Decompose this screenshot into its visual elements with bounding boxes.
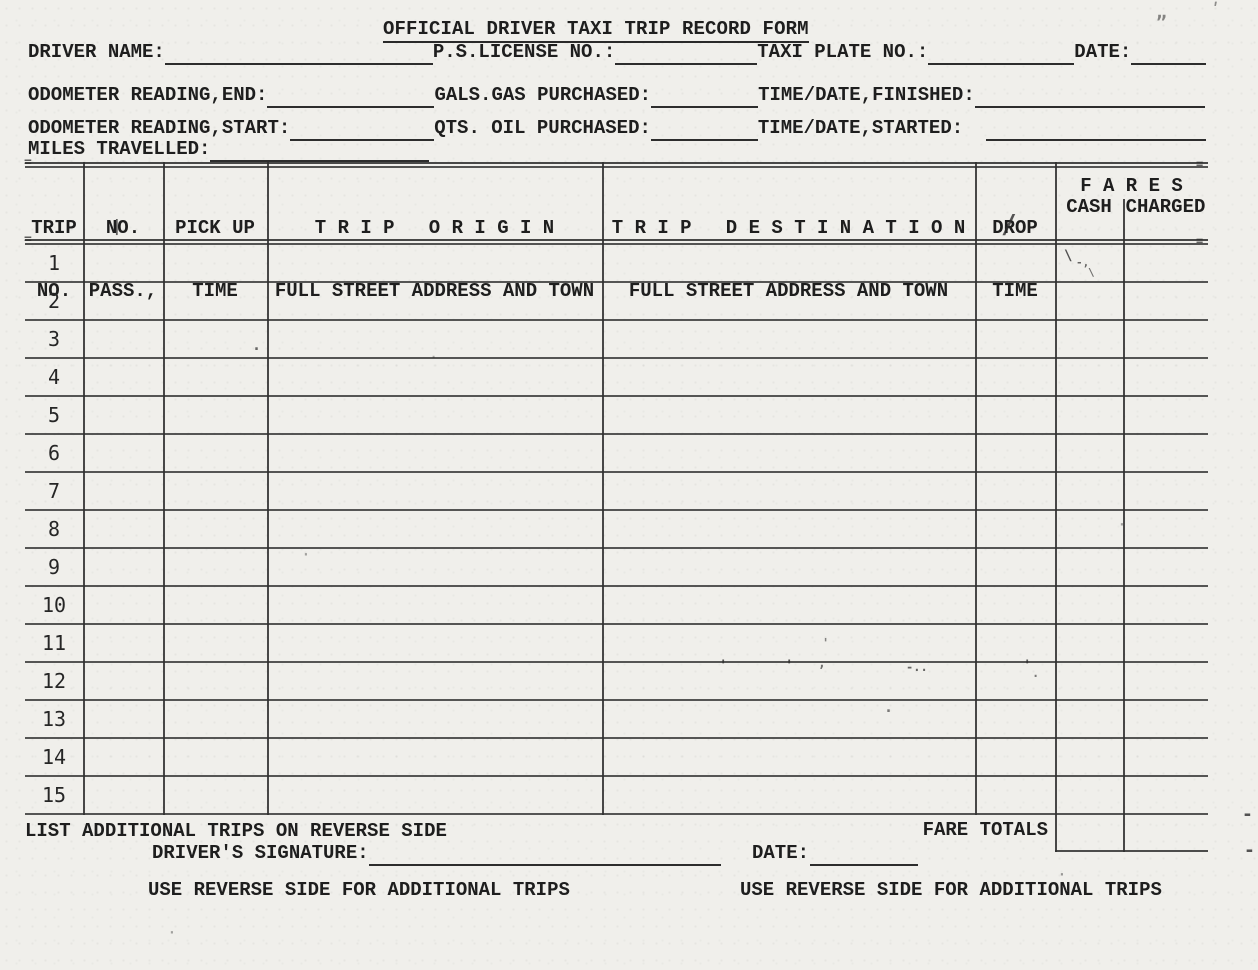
form-title: OFFICIAL DRIVER TAXI TRIP RECORD FORM [383, 19, 809, 43]
trip-row: 8 [25, 511, 1208, 549]
empty-cell [975, 511, 1055, 547]
empty-cell [1123, 359, 1208, 395]
empty-cell [163, 321, 267, 357]
empty-cell [1123, 283, 1208, 319]
empty-cell [267, 435, 602, 471]
empty-cell [602, 359, 975, 395]
time-finished-label: TIME/DATE,FINISHED: [758, 84, 975, 106]
empty-cell [163, 701, 267, 737]
form-header-line-4: MILES TRAVELLED: [28, 138, 429, 160]
empty-cell [1123, 777, 1208, 813]
trip-number-cell: 15 [25, 777, 83, 813]
form-header-line-3: ODOMETER READING,START:QTS. OIL PURCHASE… [28, 117, 1206, 139]
empty-cell [1055, 245, 1123, 281]
odometer-end-blank [267, 87, 434, 108]
divider-pickup-origin [267, 162, 269, 815]
trip-table-body: 123456789101112131415 [25, 245, 1208, 815]
divider-origin-destination [602, 162, 604, 815]
empty-cell [83, 549, 163, 585]
empty-cell [602, 511, 975, 547]
empty-cell [1055, 511, 1123, 547]
empty-cell [267, 549, 602, 585]
empty-cell [1123, 511, 1208, 547]
form-header-line-2: ODOMETER READING,END:GALS.GAS PURCHASED:… [28, 84, 1205, 106]
empty-cell [83, 701, 163, 737]
trip-row: 14 [25, 739, 1208, 777]
empty-cell [602, 739, 975, 775]
empty-cell [1055, 549, 1123, 585]
empty-cell [1123, 245, 1208, 281]
empty-cell [1055, 359, 1123, 395]
fare-total-cash-cell [1055, 815, 1123, 852]
signature-label: DRIVER'S SIGNATURE: [152, 842, 369, 864]
empty-cell [1123, 587, 1208, 623]
empty-cell [975, 283, 1055, 319]
empty-cell [267, 625, 602, 661]
table-header-row: TRIP NO. NO. PASS., PICK UP TIME T R I P… [25, 168, 1208, 239]
form-header-line-1: DRIVER NAME:P.S.LICENSE NO.:TAXI PLATE N… [28, 41, 1206, 63]
empty-cell [267, 701, 602, 737]
empty-cell [602, 283, 975, 319]
trip-table: TRIP NO. NO. PASS., PICK UP TIME T R I P… [25, 162, 1208, 852]
gals-gas-blank [651, 87, 758, 108]
empty-cell [975, 663, 1055, 699]
empty-cell [83, 511, 163, 547]
driver-name-label: DRIVER NAME: [28, 41, 165, 63]
trip-number-cell: 11 [25, 625, 83, 661]
empty-cell [1055, 587, 1123, 623]
divider-pass-pickup [163, 162, 165, 815]
ps-license-blank [615, 44, 757, 65]
empty-cell [83, 663, 163, 699]
driver-name-blank [165, 44, 433, 65]
empty-cell [163, 283, 267, 319]
divider-drop-cash [1055, 162, 1057, 852]
trip-number-cell: 7 [25, 473, 83, 509]
trip-row: 2 [25, 283, 1208, 321]
trip-row: 13 [25, 701, 1208, 739]
empty-cell [267, 739, 602, 775]
empty-cell [267, 397, 602, 433]
table-header-bottom-rule [25, 239, 1208, 245]
empty-cell [1123, 739, 1208, 775]
empty-cell [975, 245, 1055, 281]
empty-cell [975, 435, 1055, 471]
trip-number-cell: 8 [25, 511, 83, 547]
empty-cell [267, 359, 602, 395]
qts-oil-label: QTS. OIL PURCHASED: [434, 117, 651, 139]
empty-cell [163, 549, 267, 585]
scan-mark: ʹ [1210, 0, 1221, 21]
empty-cell [83, 321, 163, 357]
empty-cell [83, 625, 163, 661]
trip-row: 4 [25, 359, 1208, 397]
taxi-plate-label: TAXI PLATE NO.: [757, 41, 928, 63]
empty-cell [1055, 625, 1123, 661]
trip-number-cell: 6 [25, 435, 83, 471]
trip-row: 6 [25, 435, 1208, 473]
empty-cell [163, 777, 267, 813]
scan-mark: - [1242, 804, 1253, 825]
empty-cell [1123, 435, 1208, 471]
empty-cell [83, 739, 163, 775]
empty-cell [1055, 777, 1123, 813]
empty-cell [163, 359, 267, 395]
trip-row: 9 [25, 549, 1208, 587]
empty-cell [602, 397, 975, 433]
empty-cell [602, 321, 975, 357]
ps-license-label: P.S.LICENSE NO.: [433, 41, 615, 63]
trip-row: 5 [25, 397, 1208, 435]
empty-cell [1123, 473, 1208, 509]
miles-travelled-blank [210, 141, 429, 162]
empty-cell [1055, 321, 1123, 357]
empty-cell [602, 473, 975, 509]
empty-cell [602, 435, 975, 471]
empty-cell [163, 625, 267, 661]
trip-row: 12 [25, 663, 1208, 701]
empty-cell [975, 777, 1055, 813]
empty-cell [163, 511, 267, 547]
trip-number-cell: 4 [25, 359, 83, 395]
trip-number-cell: 14 [25, 739, 83, 775]
empty-cell [1123, 397, 1208, 433]
trip-number-cell: 13 [25, 701, 83, 737]
signature-date-label: DATE: [752, 842, 809, 864]
signature-blank [369, 845, 721, 866]
empty-cell [975, 473, 1055, 509]
date-blank [1131, 44, 1206, 65]
empty-cell [83, 587, 163, 623]
divider-destination-drop [975, 162, 977, 815]
empty-cell [602, 663, 975, 699]
empty-cell [602, 625, 975, 661]
trip-number-cell: 12 [25, 663, 83, 699]
reverse-side-note-left: USE REVERSE SIDE FOR ADDITIONAL TRIPS [148, 879, 570, 901]
trip-row: 1 [25, 245, 1208, 283]
empty-cell [1055, 435, 1123, 471]
empty-cell [83, 473, 163, 509]
empty-cell [602, 587, 975, 623]
empty-cell [1123, 321, 1208, 357]
time-finished-blank [975, 87, 1205, 108]
empty-cell [975, 587, 1055, 623]
empty-cell [975, 549, 1055, 585]
fare-total-charged-cell [1123, 815, 1208, 852]
taxi-plate-blank [928, 44, 1074, 65]
empty-cell [163, 587, 267, 623]
empty-cell [83, 245, 163, 281]
empty-cell [1123, 625, 1208, 661]
divider-trip-pass [83, 162, 85, 815]
empty-cell [83, 397, 163, 433]
empty-cell [602, 245, 975, 281]
col-header-fares-charged: CHARGED [1123, 197, 1208, 218]
empty-cell [83, 777, 163, 813]
trip-row: 7 [25, 473, 1208, 511]
empty-cell [975, 321, 1055, 357]
empty-cell [1055, 701, 1123, 737]
trip-row: 11 [25, 625, 1208, 663]
empty-cell [267, 473, 602, 509]
empty-cell [83, 435, 163, 471]
empty-cell [163, 739, 267, 775]
empty-cell [267, 587, 602, 623]
empty-cell [975, 739, 1055, 775]
empty-cell [975, 701, 1055, 737]
trip-number-cell: 2 [25, 283, 83, 319]
empty-cell [163, 245, 267, 281]
gals-gas-label: GALS.GAS PURCHASED: [434, 84, 651, 106]
miles-travelled-label: MILES TRAVELLED: [28, 138, 210, 160]
empty-cell [267, 777, 602, 813]
time-started-label: TIME/DATE,STARTED: [758, 117, 963, 139]
empty-cell [1123, 663, 1208, 699]
empty-cell [1055, 397, 1123, 433]
empty-cell [1123, 701, 1208, 737]
empty-cell [975, 359, 1055, 395]
empty-cell [602, 701, 975, 737]
col-header-fares-cash: CASH [1055, 197, 1123, 218]
empty-cell [83, 359, 163, 395]
fares-title: F A R E S [1055, 176, 1208, 197]
taxi-trip-record-form: OFFICIAL DRIVER TAXI TRIP RECORD FORM DR… [0, 0, 1258, 970]
scan-mark: - [1244, 840, 1255, 861]
empty-cell [267, 321, 602, 357]
reverse-side-note-right: USE REVERSE SIDE FOR ADDITIONAL TRIPS [740, 879, 1162, 901]
trip-number-cell: 3 [25, 321, 83, 357]
empty-cell [1055, 663, 1123, 699]
empty-cell [267, 511, 602, 547]
empty-cell [267, 245, 602, 281]
trip-row: 10 [25, 587, 1208, 625]
empty-cell [602, 777, 975, 813]
trip-row: 3 [25, 321, 1208, 359]
odometer-start-label: ODOMETER READING,START: [28, 117, 290, 139]
trip-number-cell: 9 [25, 549, 83, 585]
empty-cell [602, 549, 975, 585]
signature-date-blank [810, 845, 918, 866]
qts-oil-blank [651, 120, 758, 141]
empty-cell [163, 663, 267, 699]
empty-cell [1123, 549, 1208, 585]
trip-number-cell: 10 [25, 587, 83, 623]
signature-line: DRIVER'S SIGNATURE:DATE: [152, 842, 918, 864]
empty-cell [1055, 473, 1123, 509]
scan-mark: „ [1156, 2, 1167, 23]
empty-cell [1055, 283, 1123, 319]
empty-cell [267, 663, 602, 699]
trip-number-cell: 1 [25, 245, 83, 281]
empty-cell [163, 435, 267, 471]
trip-number-cell: 5 [25, 397, 83, 433]
scan-mark: · [168, 926, 176, 941]
date-label: DATE: [1074, 41, 1131, 63]
trip-row: 15 [25, 777, 1208, 815]
empty-cell [163, 397, 267, 433]
time-started-blank [986, 120, 1206, 141]
empty-cell [83, 283, 163, 319]
odometer-end-label: ODOMETER READING,END: [28, 84, 267, 106]
table-top-rule [25, 162, 1208, 168]
empty-cell [975, 625, 1055, 661]
empty-cell [975, 397, 1055, 433]
divider-cash-charged [1123, 199, 1125, 852]
empty-cell [1055, 739, 1123, 775]
empty-cell [163, 473, 267, 509]
empty-cell [267, 283, 602, 319]
